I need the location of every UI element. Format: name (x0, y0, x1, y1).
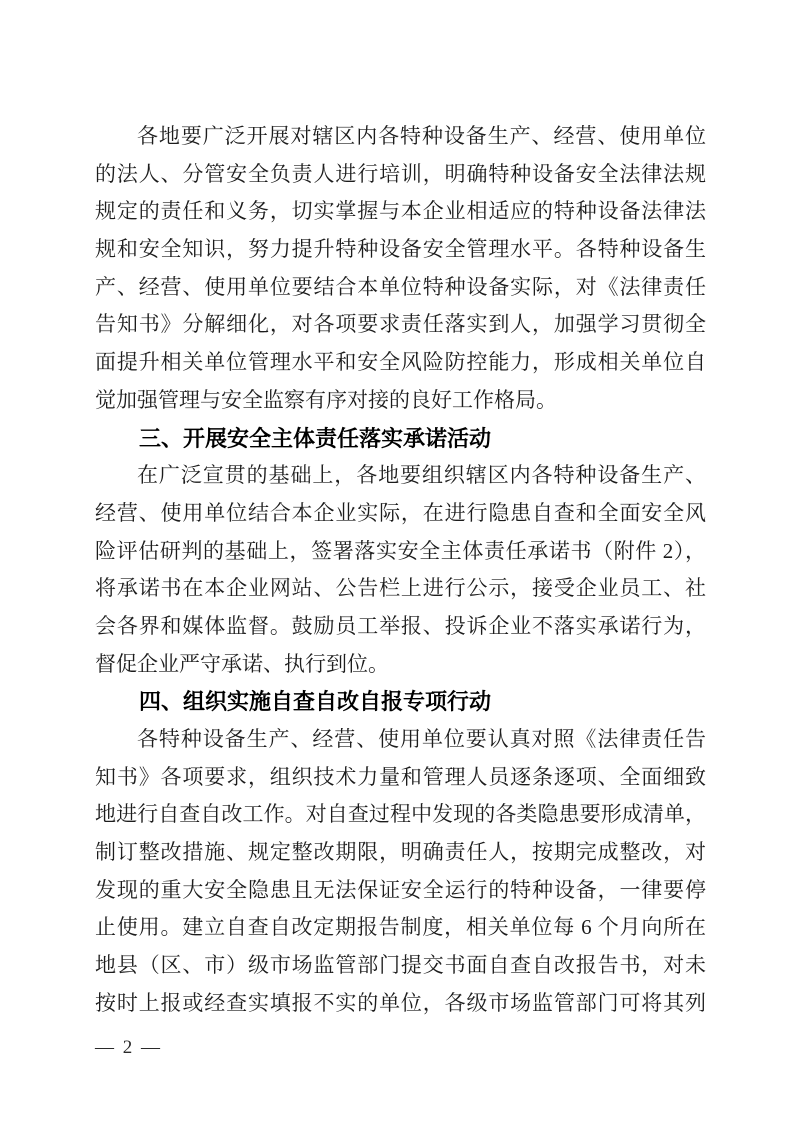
body-text-line: 发现的重大安全隐患且无法保证安全运行的特种设备，一律要停 (95, 872, 706, 910)
body-text-line: 各特种设备生产、经营、使用单位要认真对照《法律责任告 (95, 721, 706, 759)
body-text-line: 在广泛宣贯的基础上，各地要组织辖区内各特种设备生产、 (95, 457, 706, 495)
paragraph: 在广泛宣贯的基础上，各地要组织辖区内各特种设备生产、经营、使用单位结合本企业实际… (95, 457, 706, 683)
body-text-line: 督促企业严守承诺、执行到位。 (95, 646, 706, 684)
body-text-line: 制订整改措施、规定整改期限，明确责任人，按期完成整改，对 (95, 834, 706, 872)
body-text-line: 规定的责任和义务，切实掌握与本企业相适应的特种设备法律法 (95, 193, 706, 231)
section-heading: 四、组织实施自查自改自报专项行动 (95, 683, 706, 721)
body-text-line: 会各界和媒体监督。鼓励员工举报、投诉企业不落实承诺行为， (95, 608, 706, 646)
body-text-line: 产、经营、使用单位要结合本单位特种设备实际，对《法律责任 (95, 269, 706, 307)
body-text-line: 险评估研判的基础上，签署落实安全主体责任承诺书（附件 2）， (95, 533, 706, 571)
section-heading: 三、开展安全主体责任落实承诺活动 (95, 420, 706, 458)
body-text-line: 止使用。建立自查自改定期报告制度，相关单位每 6 个月向所在 (95, 909, 706, 947)
body-text-line: 面提升相关单位管理水平和安全风险防控能力，形成相关单位自 (95, 344, 706, 382)
body-text-line: 各地要广泛开展对辖区内各特种设备生产、经营、使用单位 (95, 118, 706, 156)
body-text-line: 告知书》分解细化，对各项要求责任落实到人，加强学习贯彻全 (95, 306, 706, 344)
body-text-line: 将承诺书在本企业网站、公告栏上进行公示，接受企业员工、社 (95, 570, 706, 608)
body-text-line: 地进行自查自改工作。对自查过程中发现的各类隐患要形成清单， (95, 796, 706, 834)
body-text-line: 的法人、分管安全负责人进行培训，明确特种设备安全法律法规 (95, 156, 706, 194)
body-text-line: 经营、使用单位结合本企业实际，在进行隐患自查和全面安全风 (95, 495, 706, 533)
body-text-line: 按时上报或经查实填报不实的单位，各级市场监管部门可将其列 (95, 985, 706, 1023)
body-text-line: 知书》各项要求，组织技术力量和管理人员逐条逐项、全面细致 (95, 759, 706, 797)
document-page: 各地要广泛开展对辖区内各特种设备生产、经营、使用单位的法人、分管安全负责人进行培… (0, 0, 793, 1122)
body-text-line: 地县（区、市）级市场监管部门提交书面自查自改报告书，对未 (95, 947, 706, 985)
paragraph: 各地要广泛开展对辖区内各特种设备生产、经营、使用单位的法人、分管安全负责人进行培… (95, 118, 706, 420)
body-text-line: 觉加强管理与安全监察有序对接的良好工作格局。 (95, 382, 706, 420)
page-number: — 2 — (95, 1034, 162, 1062)
paragraph: 各特种设备生产、经营、使用单位要认真对照《法律责任告知书》各项要求，组织技术力量… (95, 721, 706, 1023)
document-content: 各地要广泛开展对辖区内各特种设备生产、经营、使用单位的法人、分管安全负责人进行培… (95, 118, 706, 1023)
body-text-line: 规和安全知识，努力提升特种设备安全管理水平。各特种设备生 (95, 231, 706, 269)
